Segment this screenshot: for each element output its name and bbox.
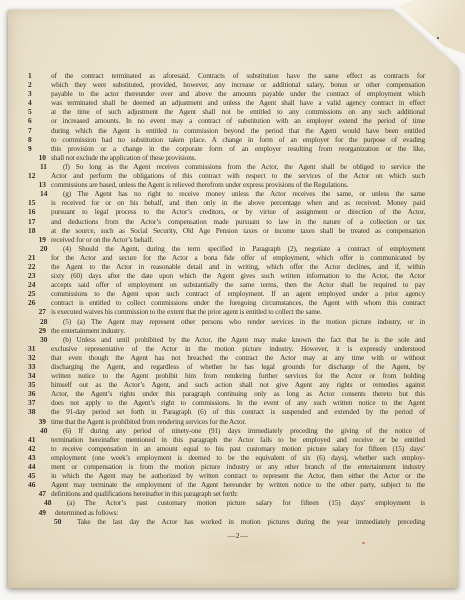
contract-line-33: 33discharging the Agent, and regardless … [51,362,425,371]
line-number: 1 [28,71,46,80]
line-number: 33 [28,362,46,371]
line-number: 18 [28,226,46,235]
line-text: contract is entitled to collect commissi… [51,298,425,307]
line-text: (g) The Agent has no right to receive mo… [63,189,425,198]
line-number: 50 [28,517,46,526]
line-number: 6 [28,116,46,125]
line-number: 49 [28,508,46,517]
contract-line-2: 2which they were substituted, provided, … [51,80,425,89]
line-text: sixty (60) days after the date upon whic… [51,271,425,280]
line-number: 23 [28,271,46,280]
contract-line-42: 42to receive compensation in an amount e… [51,444,425,453]
line-number: 20 [28,244,46,253]
line-text: was terminated shall be deemed an adjust… [51,98,425,107]
line-text: Actor and perform the obligations of thi… [51,171,425,180]
line-number: 32 [28,353,46,362]
line-text: in which the Agent may be authorized by … [51,471,425,480]
line-text: the 91-day period set forth in Paragraph… [51,407,425,416]
contract-page: 1of the contract terminated as aforesaid… [8,10,458,588]
contract-line-1: 1of the contract terminated as aforesaid… [51,71,425,80]
line-number: 48 [28,498,46,507]
line-number: 34 [28,371,46,380]
line-text: Actor, the Agent’s rights under this par… [51,389,425,398]
line-text: determined as follows: [55,508,118,517]
line-number: 27 [28,307,46,316]
contract-line-44: 44ment or compensation is from the motio… [51,462,425,471]
line-number: 44 [28,462,46,471]
contract-line-16: 16pursuant to legal process to the Actor… [51,207,425,216]
contract-line-50: 50Take the last day the Actor has worked… [51,517,425,526]
line-text: discharging the Agent, and regardless of… [51,362,425,371]
line-text: commissions to the Agent upon such contr… [51,289,425,298]
line-text: Agent may terminate the employment of th… [51,480,425,489]
contract-line-49: 49determined as follows: [51,508,425,517]
line-text: accepts said offer of employment on subs… [51,280,425,289]
line-number: 22 [28,262,46,271]
contract-line-30: 30(b) Unless and until prohibited by the… [51,335,425,344]
line-number: 28 [28,317,46,326]
line-number: 15 [28,198,46,207]
line-text: for the Actor and secure for the Actor a… [51,253,425,262]
document-page-wrap: 1of the contract terminated as aforesaid… [8,10,458,588]
line-number: 14 [28,189,46,198]
line-number: 40 [28,426,46,435]
line-number: 3 [28,89,46,98]
contract-line-24: 24accepts said offer of employment on su… [51,280,425,289]
contract-line-17: 17and deductions from the Actor’s compen… [51,217,425,226]
contract-line-38: 38the 91-day period set forth in Paragra… [51,407,425,416]
scan-background: 1of the contract terminated as aforesaid… [0,0,465,600]
contract-line-14: 14(g) The Agent has no right to receive … [51,189,425,198]
contract-line-28: 28(5) (a) The Agent may represent other … [51,317,425,326]
line-text: to receive compensation in an amount equ… [51,444,425,453]
line-text: employment (one week’s employment is dee… [51,453,425,462]
line-text: that even though the Agent has not breac… [51,353,425,362]
line-text: the entertainment industry. [51,326,125,335]
contract-line-45: 45in which the Agent may be authorized b… [51,471,425,480]
contract-line-25: 25commissions to the Agent upon such con… [51,289,425,298]
contract-line-40: 40(6) If during any period of ninety-one… [51,426,425,435]
contract-line-10: 10shall not exclude the application of t… [51,153,425,162]
contract-line-21: 21for the Actor and secure for the Actor… [51,253,425,262]
contract-line-35: 35himself out as the Actor’s Agent, and … [51,380,425,389]
contract-line-8: 8to commission had no substitution taken… [51,135,425,144]
line-number: 12 [28,171,46,180]
line-number: 19 [28,235,46,244]
line-text: received for or on the Actor’s behalf. [51,235,153,244]
line-text: definitions and qualifications hereinaft… [51,489,238,498]
line-number: 46 [28,480,46,489]
line-number: 8 [28,135,46,144]
contract-line-29: 29the entertainment industry. [51,326,425,335]
line-text: at the time of such adjustment the Agent… [51,107,425,116]
contract-line-34: 34written notice to the Agent prohibit h… [51,371,425,380]
line-number: 7 [28,126,46,135]
line-text: commissions are based, unless the Agent … [51,180,348,189]
contract-line-23: 23sixty (60) days after the date upon wh… [51,271,425,280]
contract-line-32: 32that even though the Agent has not bre… [51,353,425,362]
contract-line-46: 46Agent may terminate the employment of … [51,480,425,489]
line-text: of the contract terminated as aforesaid.… [51,71,425,80]
contract-line-26: 26contract is entitled to collect commis… [51,298,425,307]
contract-line-9: 9this provision or a change in the corpo… [51,144,425,153]
line-number: 9 [28,144,46,153]
contract-line-11: 11(f) So long as the Agent receives comm… [51,162,425,171]
line-text: which they were substituted, provided, h… [51,80,425,89]
line-number: 45 [28,471,46,480]
contract-line-6: 6or increased amounts. In no event may a… [51,116,425,125]
line-number: 26 [28,298,46,307]
line-text: (5) (a) The Agent may represent other pe… [63,317,425,326]
contract-line-22: 22the Agent to the Actor in reasonable d… [51,262,425,271]
line-text: shall not exclude the application of the… [51,153,196,162]
contract-line-12: 12Actor and perform the obligations of t… [51,171,425,180]
line-text: or increased amounts. In no event may a … [51,116,425,125]
line-number: 38 [28,407,46,416]
line-number: 10 [28,153,46,162]
contract-line-41: 41termination hereinafter mentioned in t… [51,435,425,444]
line-number: 43 [28,453,46,462]
line-number: 30 [28,335,46,344]
line-text: (f) So long as the Agent receives commis… [63,162,425,171]
contract-line-43: 43employment (one week’s employment is d… [51,453,425,462]
line-text: during which the Agent is entitled to co… [51,126,425,135]
contract-line-4: 4was terminated shall be deemed an adjus… [51,98,425,107]
contract-line-13: 13commissions are based, unless the Agen… [51,180,425,189]
line-number: 35 [28,380,46,389]
contract-line-37: 37does not apply to the Agent’s right to… [51,398,425,407]
line-text: and deductions from the Actor’s compensa… [51,217,425,226]
contract-line-19: 19received for or on the Actor’s behalf. [51,235,425,244]
line-text: Take the last day the Actor has worked i… [77,517,425,526]
line-text: at the source, such as Social Security, … [51,226,425,235]
contract-line-48: 48(a) The Actor’s past customary motion … [51,498,425,507]
line-text: (b) Unless and until prohibited by the A… [63,335,425,344]
contract-line-7: 7during which the Agent is entitled to c… [51,126,425,135]
line-text: written notice to the Agent prohibit him… [51,371,425,380]
line-text: ment or compensation is from the motion … [51,462,425,471]
line-text: time that the Agent is prohibited from r… [51,417,246,426]
line-number: 11 [28,162,46,171]
contract-line-39: 39time that the Agent is prohibited from… [51,417,425,426]
contract-line-31: 31exclusive representative of the Actor … [51,344,425,353]
line-text: (6) If during any period of ninety-one (… [63,426,425,435]
line-text: the Agent to the Actor in reasonable det… [51,262,425,271]
contract-text-block: 1of the contract terminated as aforesaid… [51,71,425,526]
contract-line-20: 20(4) Should the Agent, during the term … [51,244,425,253]
line-number: 4 [28,98,46,107]
line-number: 21 [28,253,46,262]
contract-line-15: 15is received for or on his behalf, and … [51,198,425,207]
contract-line-18: 18at the source, such as Social Security… [51,226,425,235]
contract-line-3: 3payable to the actor thereunder over an… [51,89,425,98]
page-number: —2— [51,531,425,540]
line-number: 5 [28,107,46,116]
line-number: 47 [28,489,46,498]
line-text: (a) The Actor’s past customary motion pi… [67,498,425,507]
line-number: 2 [28,80,46,89]
line-number: 41 [28,435,46,444]
contract-line-27: 27is executed waives his commission to t… [51,307,425,316]
paper-speck [362,542,365,544]
line-number: 39 [28,417,46,426]
contract-line-47: 47definitions and qualifications hereina… [51,489,425,498]
line-number: 25 [28,289,46,298]
line-text: pursuant to legal process to the Actor’s… [51,207,425,216]
line-number: 42 [28,444,46,453]
line-number: 17 [28,217,46,226]
line-text: payable to the actor thereunder over and… [51,89,425,98]
line-text: this provision or a change in the corpor… [51,144,425,153]
line-text: is received for or on his behalf, and th… [51,198,425,207]
line-number: 13 [28,180,46,189]
line-text: to commission had no substitution taken … [51,135,425,144]
line-text: is executed waives his commission to the… [51,307,322,316]
contract-line-5: 5at the time of such adjustment the Agen… [51,107,425,116]
line-text: himself out as the Actor’s Agent, and su… [51,380,425,389]
line-number: 31 [28,344,46,353]
line-number: 36 [28,389,46,398]
line-text: does not apply to the Agent’s right to c… [51,398,425,407]
line-text: (4) Should the Agent, during the term sp… [63,244,425,253]
line-text: exclusive representative of the Actor in… [51,344,425,353]
line-text: termination hereinafter mentioned in thi… [51,435,425,444]
line-number: 16 [28,207,46,216]
contract-line-36: 36Actor, the Agent’s rights under this p… [51,389,425,398]
line-number: 24 [28,280,46,289]
line-number: 29 [28,326,46,335]
line-number: 37 [28,398,46,407]
